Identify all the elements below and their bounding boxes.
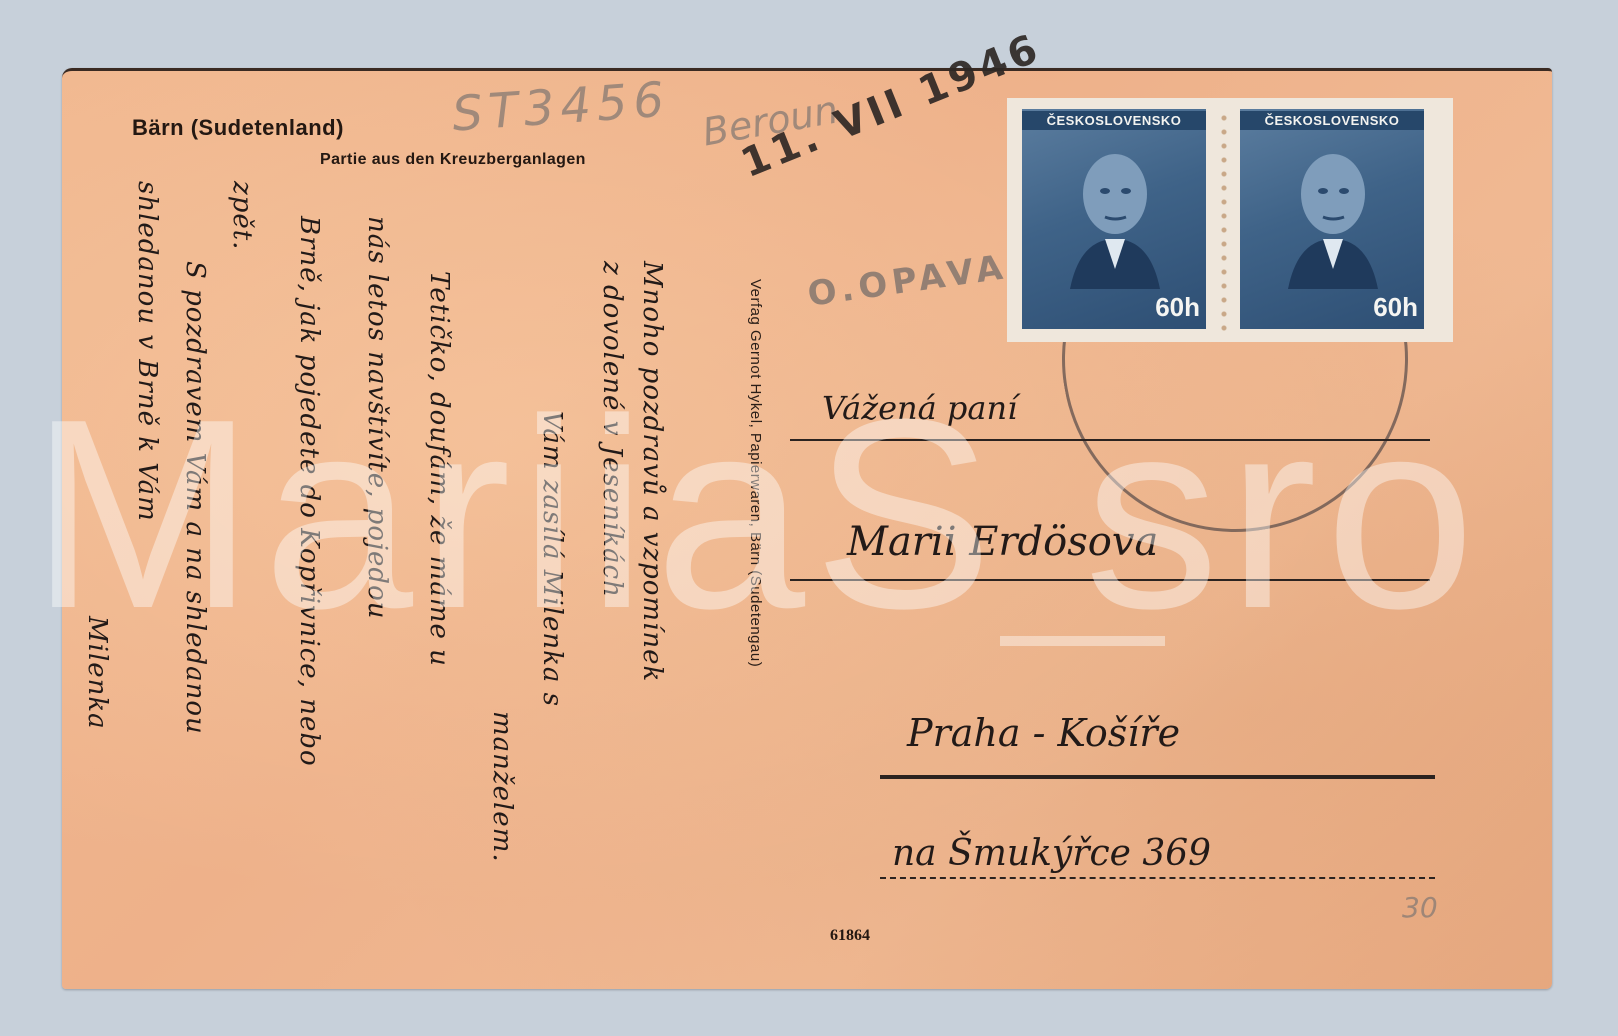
postmark-place: O.OPAVA — [805, 247, 1010, 315]
stamp-country: ČESKOSLOVENSKO — [1240, 111, 1424, 130]
message-signature: Milenka — [82, 616, 112, 730]
message-line: z dovolené v Jeseníkách — [597, 261, 627, 598]
address-recipient: Marii Erdösova — [847, 519, 1158, 565]
address-city: Praha - Košíře — [907, 711, 1180, 755]
watermark-underline — [1000, 636, 1165, 646]
postcard-back: Bärn (Sudetenland) Partie aus den Kreuzb… — [62, 68, 1552, 989]
address-line-2 — [790, 579, 1430, 581]
message-line: Tetičko, doufám, že máme u — [424, 271, 454, 667]
stamp-pair: ČESKOSLOVENSKO 60h ČESKOSLOVENSKO — [1010, 101, 1450, 339]
stamp-value: 60h — [1155, 292, 1200, 323]
serial-number: 61864 — [830, 927, 870, 945]
message-line: nás letos navštívíte, pojedou — [362, 216, 392, 619]
postage-stamp: ČESKOSLOVENSKO 60h — [1240, 109, 1424, 329]
portrait-icon — [1278, 139, 1388, 289]
message-line: shledanou v Brně k Vám — [132, 181, 162, 522]
publisher-imprint: Verfag Gernot Hykel, Papierwaren, Bärn (… — [747, 279, 764, 667]
stamp-value: 60h — [1373, 292, 1418, 323]
address-street: na Šmukýřce 369 — [892, 833, 1211, 874]
address-line-1 — [790, 439, 1430, 441]
perforation — [1220, 111, 1228, 331]
portrait-icon — [1060, 139, 1170, 289]
message-line: S pozdravem Vám a na shledanou — [180, 261, 210, 735]
address-line-4 — [880, 877, 1435, 879]
pencil-price: 30 — [1402, 891, 1438, 924]
stamp-country: ČESKOSLOVENSKO — [1022, 111, 1206, 130]
postcard-title: Bärn (Sudetenland) — [132, 115, 344, 141]
address-line-3 — [880, 775, 1435, 779]
message-line: Mnoho pozdravů a vzpomínek — [637, 261, 667, 682]
message-line: Brně, jak pojedete do Kopřivnice, nebo — [294, 216, 324, 767]
postcard-subtitle: Partie aus den Kreuzberganlagen — [320, 151, 586, 169]
address-salutation: Vážená paní — [822, 389, 1017, 427]
message-line: manželem. — [487, 711, 517, 863]
postage-stamp: ČESKOSLOVENSKO 60h — [1022, 109, 1206, 329]
message-line: zpět. — [227, 181, 257, 250]
message-line: Vám zasílá Milenka s — [537, 411, 567, 707]
pencil-inventory-code: ST3456 — [450, 71, 671, 142]
